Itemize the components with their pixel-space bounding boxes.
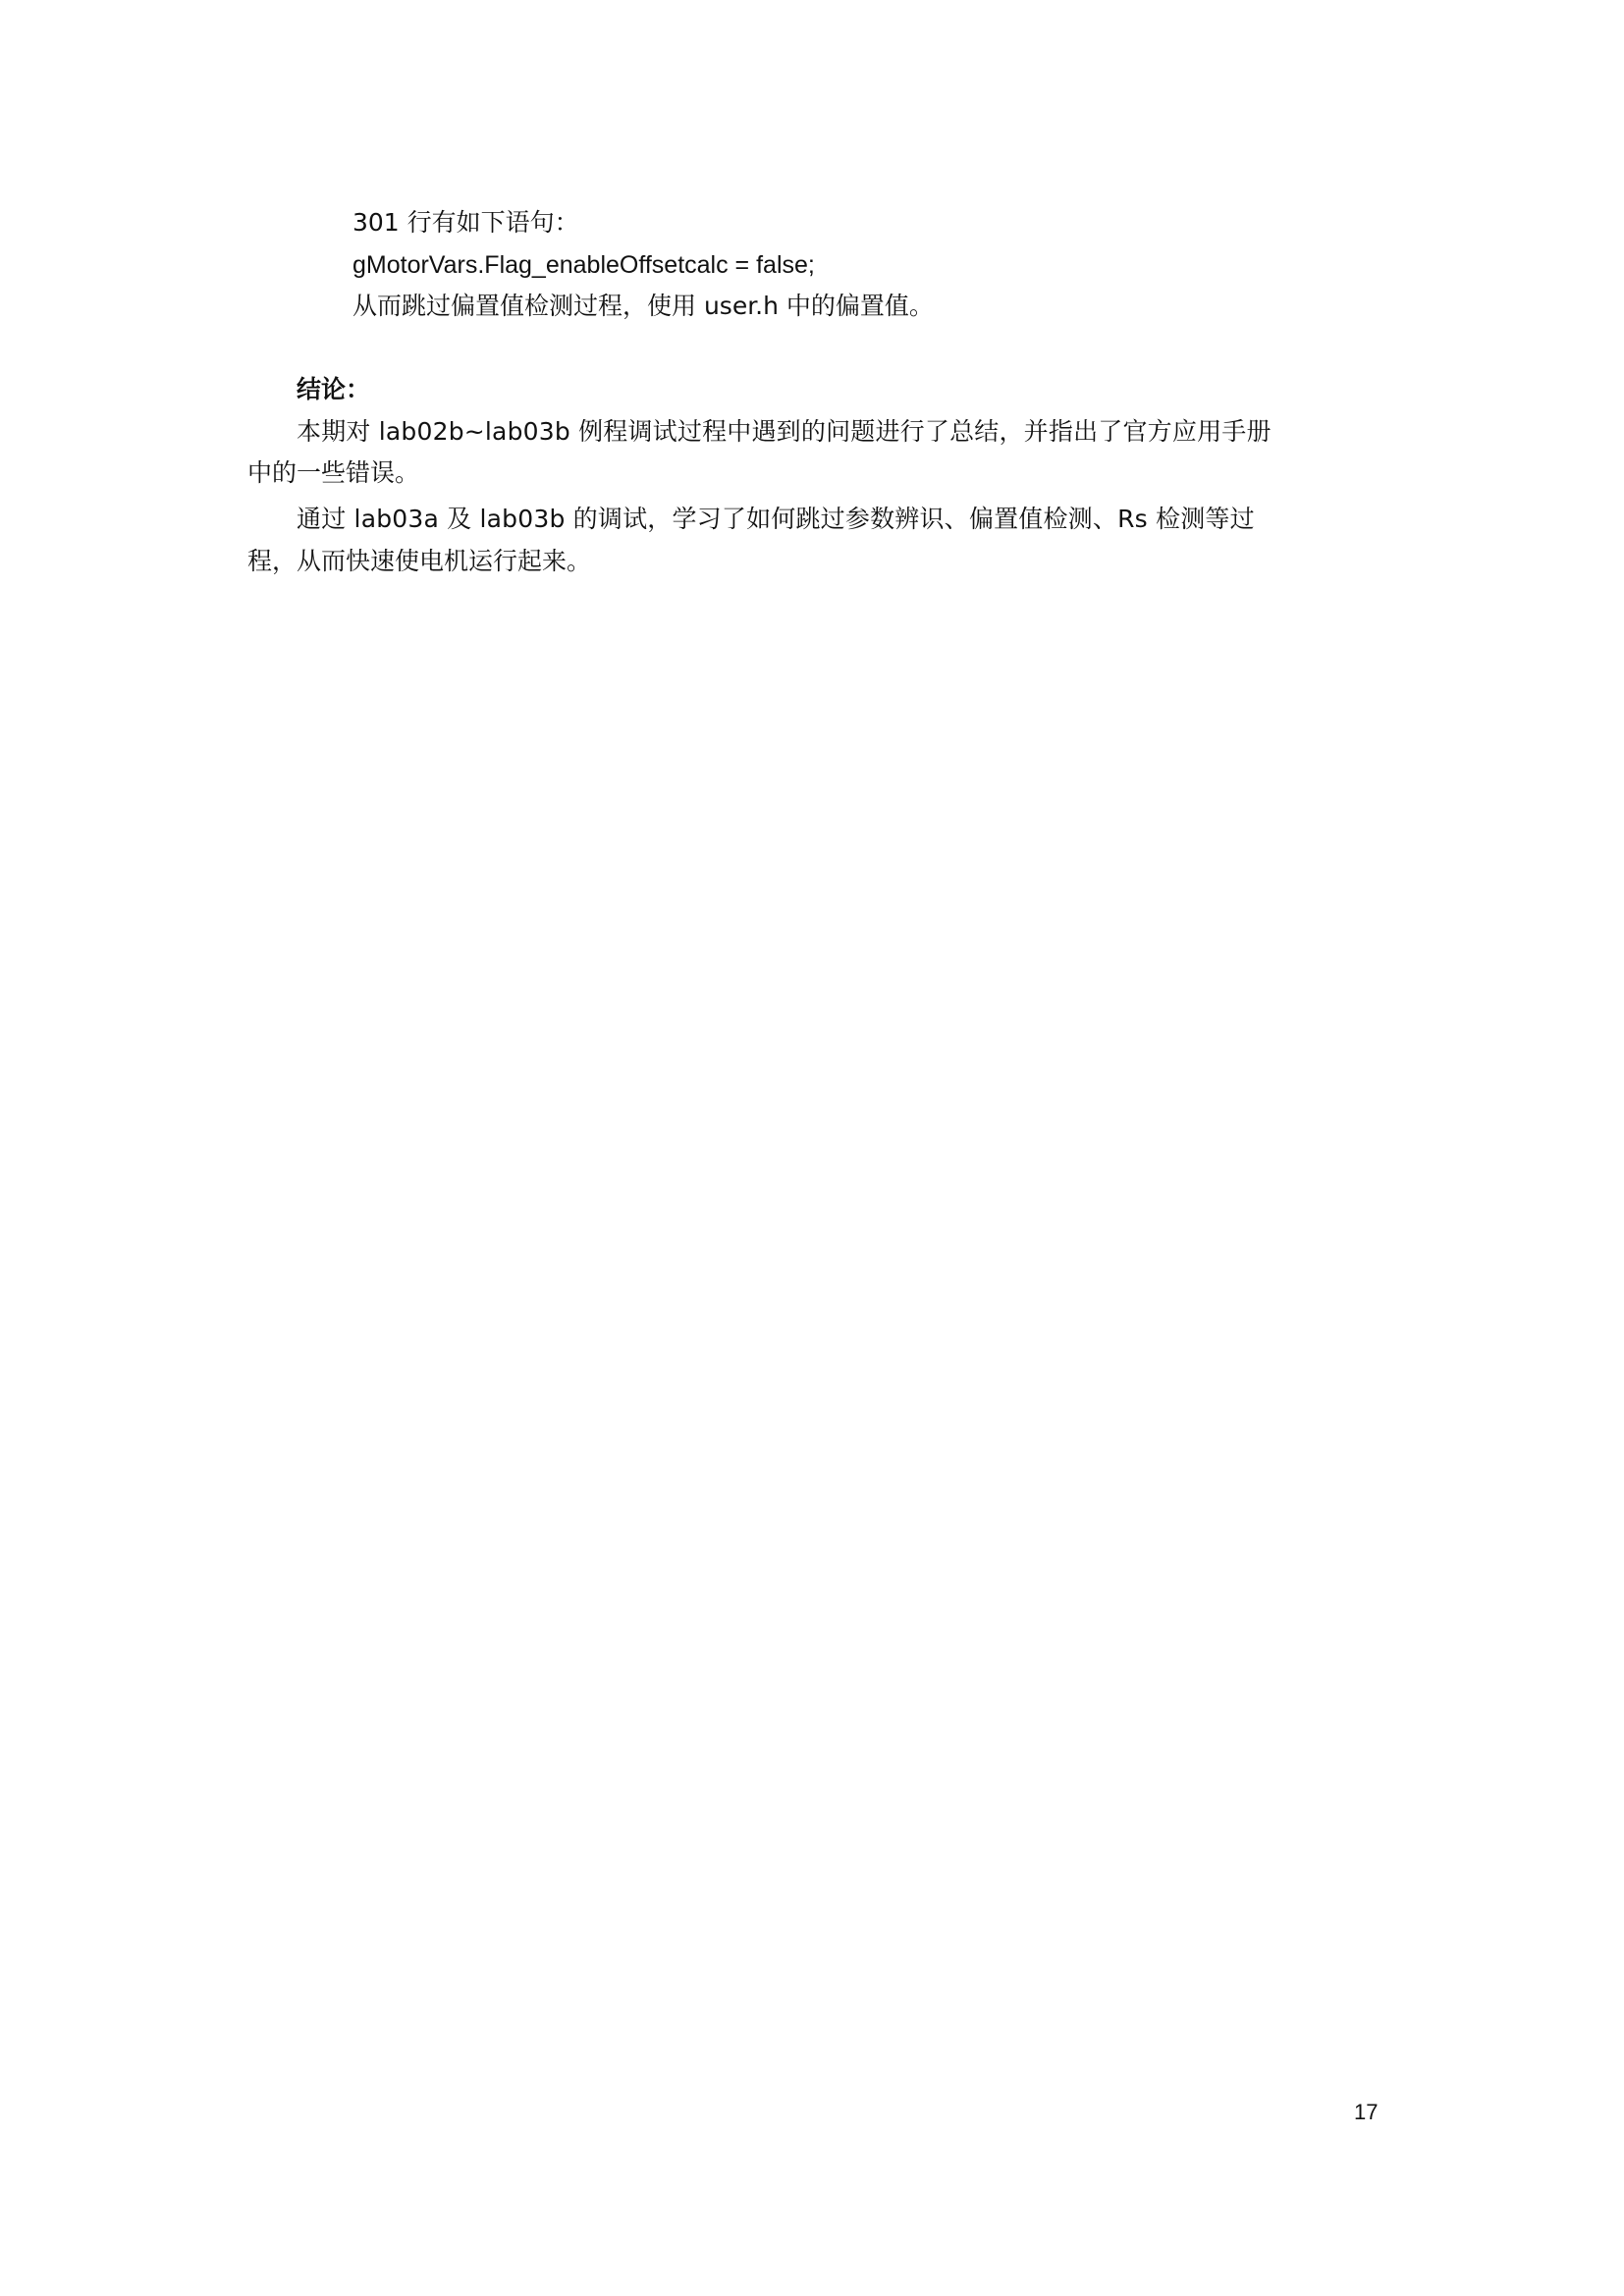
conclusion-paragraph-2: 通过 lab03a 及 lab03b 的调试，学习了如何跳过参数辨识、偏置值检测…: [297, 505, 1255, 534]
code-intro-text: 301 行有如下语句：: [352, 208, 579, 238]
page-number: 17: [1354, 2099, 1378, 2126]
code-explanation-text: 从而跳过偏置值检测过程，使用 user.h 中的偏置值。: [352, 292, 934, 321]
conclusion-paragraph-2-cont: 程，从而快速使电机运行起来。: [247, 547, 591, 576]
conclusion-heading: 结论：: [297, 375, 370, 404]
conclusion-paragraph-1: 本期对 lab02b~lab03b 例程调试过程中遇到的问题进行了总结，并指出了…: [297, 417, 1272, 447]
conclusion-paragraph-1-cont: 中的一些错误。: [247, 458, 419, 488]
code-statement: gMotorVars.Flag_enableOffsetcalc = false…: [352, 250, 815, 280]
